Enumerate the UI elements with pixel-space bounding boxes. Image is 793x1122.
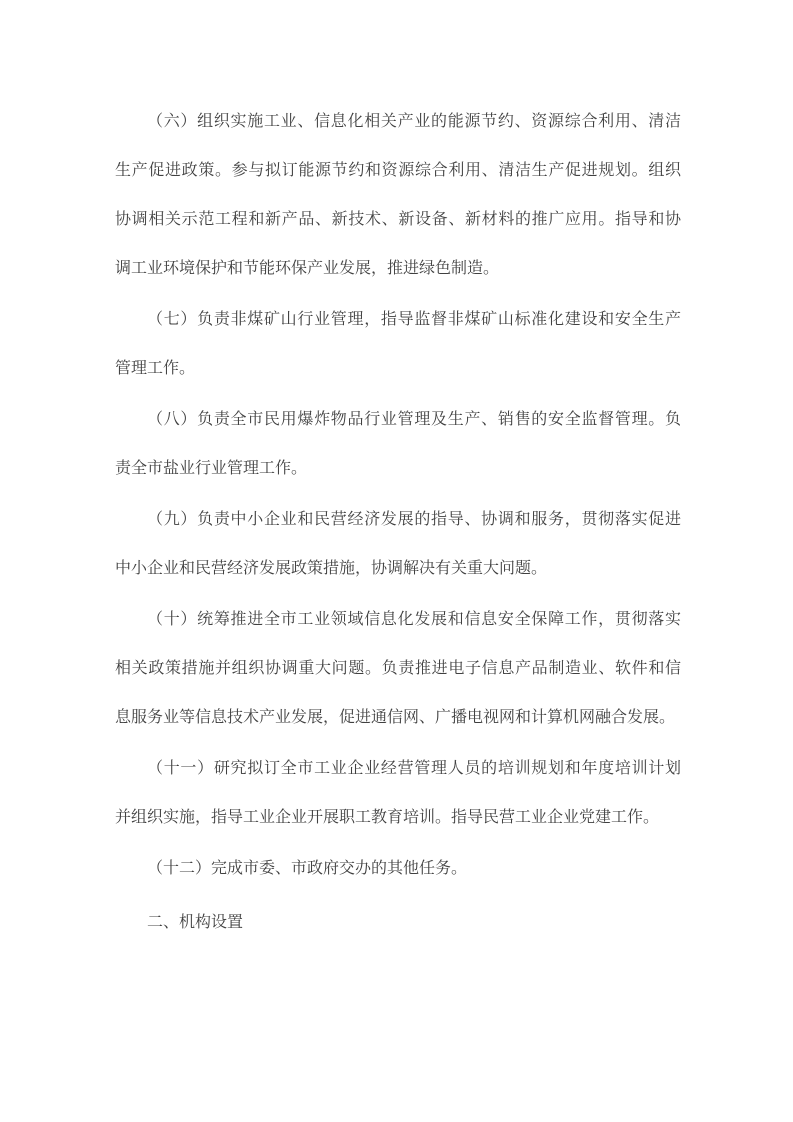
paragraph-6: （六）组织实施工业、信息化相关产业的能源节约、资源综合利用、清洁 生产促进政策。…: [115, 97, 681, 293]
text-line: 协调相关示范工程和新产品、新技术、新设备、新材料的推广应用。指导和协: [115, 195, 681, 244]
text-line: （十二）完成市委、市政府交办的其他任务。: [115, 844, 681, 893]
paragraph-10: （十）统筹推进全市工业领域信息化发展和信息安全保障工作，贯彻落实 相关政策措施并…: [115, 595, 681, 742]
text-line: 管理工作。: [115, 344, 681, 393]
paragraph-11: （十一）研究拟订全市工业企业经营管理人员的培训规划和年度培训计划 并组织实施，指…: [115, 744, 681, 842]
text-line: 并组织实施，指导工业企业开展职工教育培训。指导民营工业企业党建工作。: [115, 793, 681, 842]
text-line: 生产促进政策。参与拟订能源节约和资源综合利用、清洁生产促进规划。组织: [115, 146, 681, 195]
text-line: （八）负责全市民用爆炸物品行业管理及生产、销售的安全监督管理。负: [115, 395, 681, 444]
text-line: 息服务业等信息技术产业发展，促进通信网、广播电视网和计算机网融合发展。: [115, 693, 681, 742]
text-line: 中小企业和民营经济发展政策措施，协调解决有关重大问题。: [115, 544, 681, 593]
paragraph-8: （八）负责全市民用爆炸物品行业管理及生产、销售的安全监督管理。负 责全市盐业行业…: [115, 395, 681, 493]
text-line: （六）组织实施工业、信息化相关产业的能源节约、资源综合利用、清洁: [115, 97, 681, 146]
section-heading: 二、机构设置: [115, 898, 681, 947]
document-page: （六）组织实施工业、信息化相关产业的能源节约、资源综合利用、清洁 生产促进政策。…: [0, 0, 793, 1122]
text-line: （十）统筹推进全市工业领域信息化发展和信息安全保障工作，贯彻落实: [115, 595, 681, 644]
paragraph-12: （十二）完成市委、市政府交办的其他任务。: [115, 844, 681, 893]
paragraph-9: （九）负责中小企业和民营经济发展的指导、协调和服务，贯彻落实促进 中小企业和民营…: [115, 495, 681, 593]
text-line: 调工业环境保护和节能环保产业发展，推进绿色制造。: [115, 244, 681, 293]
text-line: （七）负责非煤矿山行业管理，指导监督非煤矿山标准化建设和安全生产: [115, 295, 681, 344]
text-line: 相关政策措施并组织协调重大问题。负责推进电子信息产品制造业、软件和信: [115, 644, 681, 693]
text-line: （十一）研究拟订全市工业企业经营管理人员的培训规划和年度培训计划: [115, 744, 681, 793]
text-line: 责全市盐业行业管理工作。: [115, 444, 681, 493]
text-line: （九）负责中小企业和民营经济发展的指导、协调和服务，贯彻落实促进: [115, 495, 681, 544]
paragraph-7: （七）负责非煤矿山行业管理，指导监督非煤矿山标准化建设和安全生产 管理工作。: [115, 295, 681, 393]
